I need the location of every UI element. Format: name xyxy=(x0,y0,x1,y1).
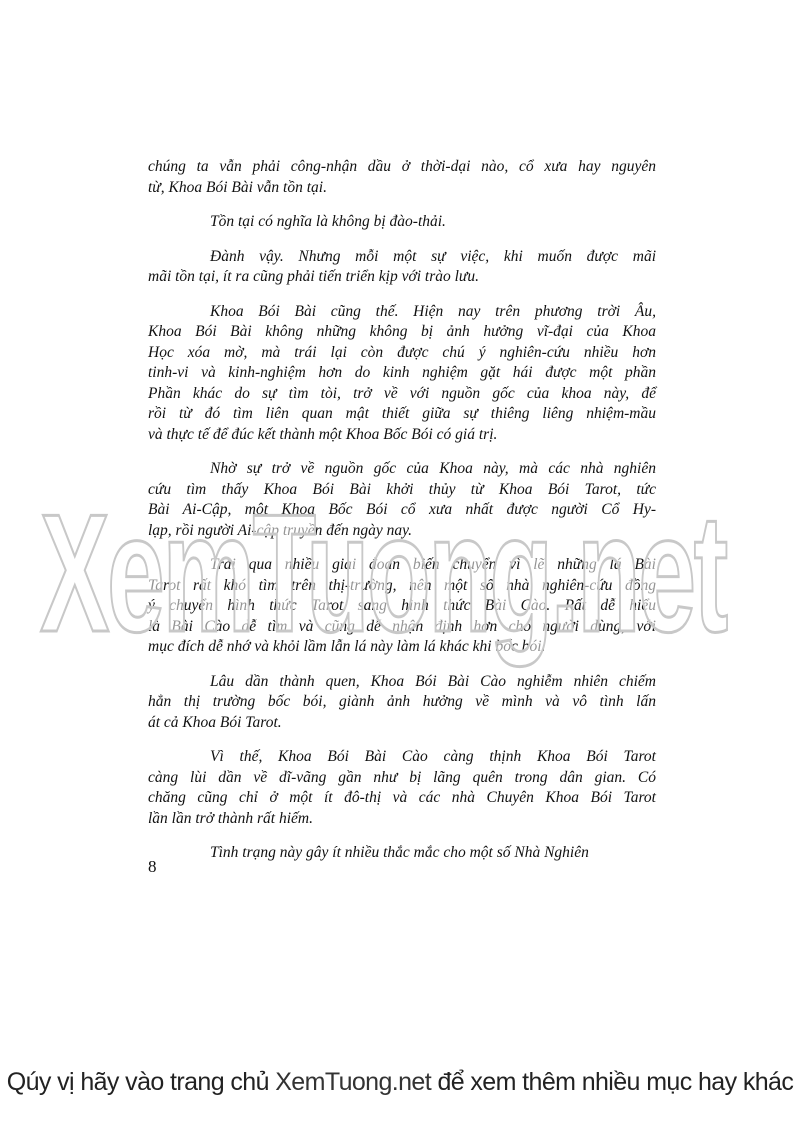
text-line: Bài Ai-Cập, một Khoa Bốc Bói cổ xưa nhất… xyxy=(148,500,656,521)
text-line: chúng ta vẫn phải công-nhận dầu ở thời-d… xyxy=(148,157,656,178)
text-line: Đành vậy. Nhưng mỗi một sự việc, khi muố… xyxy=(148,247,656,268)
paragraph: Vì thế, Khoa Bói Bài Cào càng thịnh Khoa… xyxy=(148,747,656,829)
text-line: Tarot rất khó tìm trên thị-trường, nên m… xyxy=(148,576,656,597)
paragraph: Đành vậy. Nhưng mỗi một sự việc, khi muố… xyxy=(148,247,656,288)
text-line: Tình trạng này gây ít nhiều thắc mắc cho… xyxy=(148,843,656,864)
text-line: chăng cũng chỉ ở một ít đô-thị và các nh… xyxy=(148,788,656,809)
text-line: át cả Khoa Bói Tarot. xyxy=(148,713,656,734)
text-line: Trải qua nhiều giai đoạn biến chuyển vì … xyxy=(148,555,656,576)
text-line: mãi tồn tại, ít ra cũng phải tiến triển … xyxy=(148,267,656,288)
paragraph: Nhờ sự trở về nguồn gốc của Khoa này, mà… xyxy=(148,459,656,541)
text-line: Vì thế, Khoa Bói Bài Cào càng thịnh Khoa… xyxy=(148,747,656,768)
text-line: Học xóa mờ, mà trái lại còn được chú ý n… xyxy=(148,343,656,364)
text-line: lần lần trở thành rất hiếm. xyxy=(148,809,656,830)
paragraph: Tình trạng này gây ít nhiều thắc mắc cho… xyxy=(148,843,656,864)
text-line: và thực tế để đúc kết thành một Khoa Bốc… xyxy=(148,425,656,446)
paragraph: Khoa Bói Bài cũng thế. Hiện nay trên phư… xyxy=(148,302,656,446)
text-line: Khoa Bói Bài không những không bị ảnh hư… xyxy=(148,322,656,343)
text-line: hẳn thị trường bốc bói, giành ảnh hưởng … xyxy=(148,692,656,713)
text-line: Lâu dần thành quen, Khoa Bói Bài Cào ngh… xyxy=(148,672,656,693)
footer-text-before: Qúy vị hãy vào trang chủ xyxy=(7,1068,275,1096)
text-line: rồi từ đó tìm liên quan mật thiết giữa s… xyxy=(148,404,656,425)
text-line: từ, Khoa Bói Bài vẫn tồn tại. xyxy=(148,178,656,199)
text-line: là Bài Cào dễ tìm và cũng dễ nhận định h… xyxy=(148,617,656,638)
paragraph: Tồn tại có nghĩa là không bị đào-thải. xyxy=(148,212,656,233)
text-line: mục đích dễ nhớ và khỏi lầm lẫn lá này l… xyxy=(148,637,656,658)
paragraph: Lâu dần thành quen, Khoa Bói Bài Cào ngh… xyxy=(148,672,656,734)
text-line: lạp, rồi người Ai-cập truyền đến ngày na… xyxy=(148,521,656,542)
paragraph: Trải qua nhiều giai đoạn biến chuyển vì … xyxy=(148,555,656,658)
text-line: Tồn tại có nghĩa là không bị đào-thải. xyxy=(148,212,656,233)
document-page: chúng ta vẫn phải công-nhận dầu ở thời-d… xyxy=(148,157,656,878)
footer-banner: Qúy vị hãy vào trang chủ XemTuong.net để… xyxy=(0,1068,800,1097)
text-line: Phần khác do sự tìm tòi, trở về với nguồ… xyxy=(148,384,656,405)
text-line: Khoa Bói Bài cũng thế. Hiện nay trên phư… xyxy=(148,302,656,323)
paragraph: chúng ta vẫn phải công-nhận dầu ở thời-d… xyxy=(148,157,656,198)
page-number: 8 xyxy=(148,857,157,877)
text-line: cứu tìm thấy Khoa Bói Bài khởi thủy từ K… xyxy=(148,480,656,501)
footer-text-after: để xem thêm nhiều mục hay khác xyxy=(431,1068,793,1096)
text-line: càng lùi dần về dĩ-vãng gần như bị lãng … xyxy=(148,768,656,789)
text-line: tinh-vi và kinh-nghiệm hơn do kinh nghiệ… xyxy=(148,363,656,384)
footer-site-link[interactable]: XemTuong.net xyxy=(275,1068,431,1096)
text-line: Nhờ sự trở về nguồn gốc của Khoa này, mà… xyxy=(148,459,656,480)
text-line: ý chuyển hình thức Tarot sang hình thức … xyxy=(148,596,656,617)
